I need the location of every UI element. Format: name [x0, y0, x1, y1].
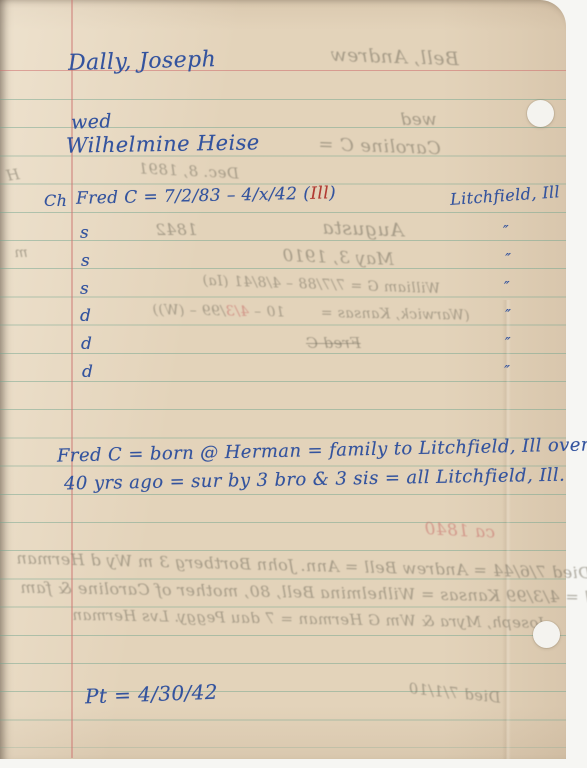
child-sex-letter: d — [81, 334, 92, 354]
entry-wed-label: wed — [71, 110, 113, 133]
child-sex-letter: s — [80, 279, 89, 299]
ditto-mark: ″ — [503, 222, 509, 240]
ditto-mark: ″ — [505, 334, 511, 352]
child-close-paren: ) — [329, 183, 336, 203]
child-state-red: Ill — [310, 183, 329, 203]
child-sex-letter: d — [80, 306, 91, 326]
bleedthrough-date: May 3, 1910 — [282, 246, 394, 270]
child-sex-letter: s — [81, 251, 90, 271]
bleedthrough-wed-label: wed — [400, 110, 437, 130]
scan-background: Bell, Andrew wed Caroline C = Dec. 8, 18… — [0, 0, 587, 768]
ditto-mark: ″ — [504, 250, 511, 268]
bleedthrough-warwick-post: /99 – (W)) — [152, 302, 225, 319]
bleedthrough-margin-mark: H — [5, 165, 21, 185]
bleedthrough-red-year: ca 1840 — [424, 519, 496, 543]
bleedthrough-warwick-red: 4/3 — [225, 304, 249, 320]
ditto-mark: ″ — [503, 362, 510, 380]
bleedthrough-warwick-num: 10 – — [249, 304, 285, 321]
bleedthrough-spouse: Caroline C = — [318, 134, 441, 159]
punch-hole — [527, 100, 554, 127]
bleedthrough-header: Bell, Andrew — [330, 44, 460, 70]
bleedthrough-struck-name: Fred C — [306, 334, 361, 352]
bleedthrough-year: 1842 — [155, 220, 197, 239]
children-label: Ch — [44, 191, 67, 210]
bleedthrough-name: Augusta — [322, 217, 405, 242]
bleedthrough-warwick-pre: (Warwick, Kansas = — [320, 305, 470, 324]
bleedthrough-squiggle: m — [14, 245, 28, 261]
notebook-page: Bell, Andrew wed Caroline C = Dec. 8, 18… — [0, 0, 566, 759]
punch-hole — [533, 621, 560, 648]
ditto-mark: ″ — [504, 278, 510, 296]
entry-surname: Dally, Joseph — [68, 47, 217, 76]
child-sex-letter: d — [82, 362, 93, 382]
entry-spouse-name: Wilhelmine Heise — [66, 130, 260, 157]
child-sex-letter: s — [80, 223, 89, 243]
date-notation: Pt = 4/30/42 — [85, 680, 219, 709]
ditto-mark: ″ — [505, 306, 512, 324]
